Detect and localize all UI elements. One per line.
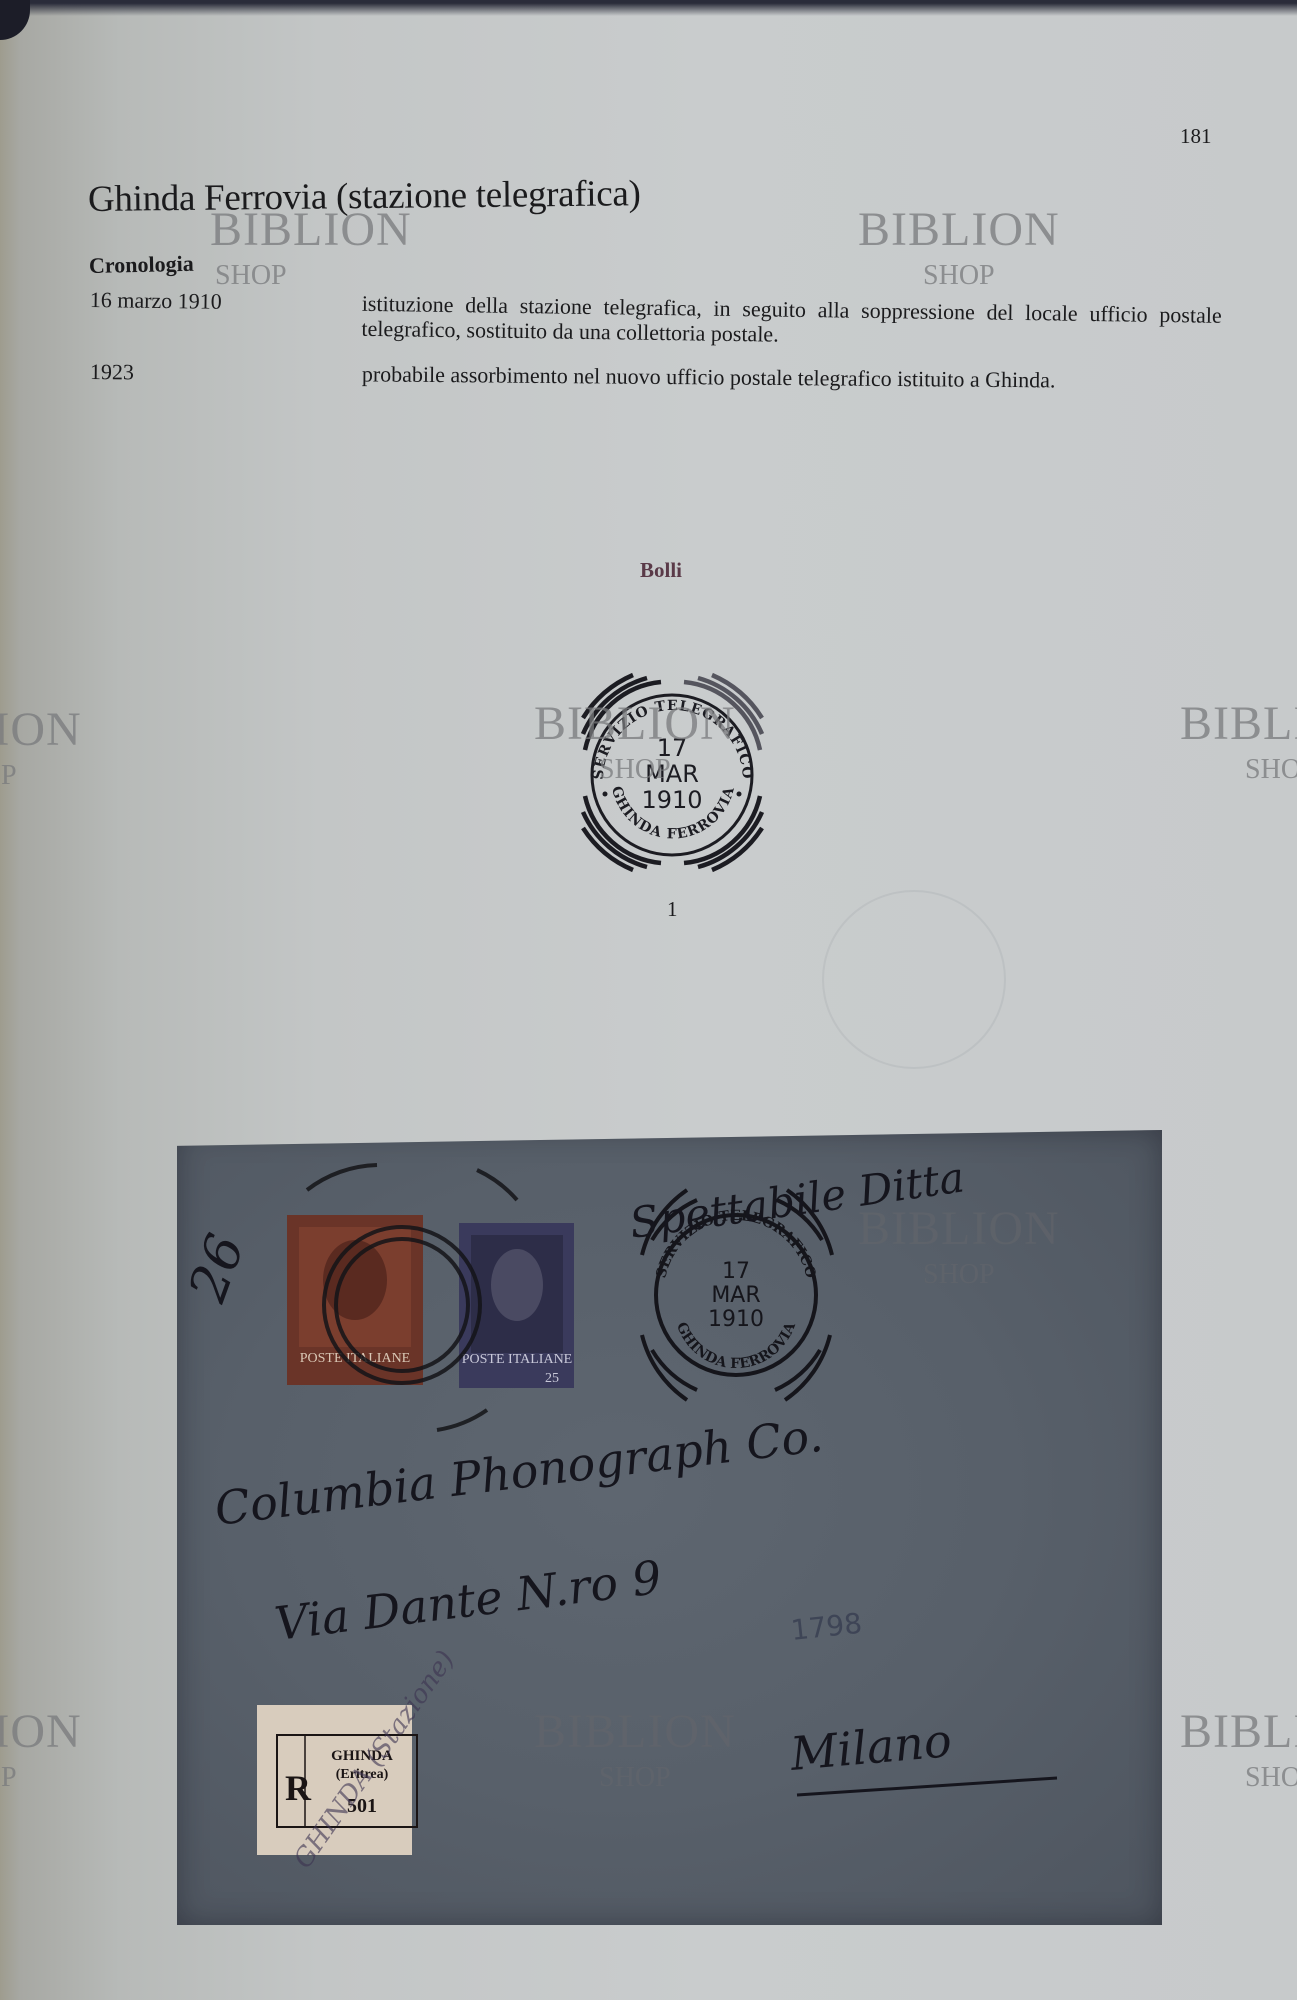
pencil-number: 1798	[789, 1607, 863, 1647]
watermark: BIBLION SHOP	[858, 1205, 1060, 1289]
registration-label: R GHINDA (Eritrea) 501 GHINDA (Stazione)	[257, 1645, 461, 1874]
stamp-blue-label: POSTE ITALIANE	[462, 1352, 572, 1367]
figure-number: 1	[667, 897, 678, 922]
address-line-4: Milano	[787, 1713, 953, 1781]
chronology-description: probabile assorbimento nel nuovo ufficio…	[362, 361, 1222, 394]
chronology-date: 16 marzo 1910	[90, 287, 222, 314]
page-number: 181	[1180, 124, 1212, 149]
watermark: BIBLION SHOP	[1180, 700, 1297, 784]
book-edge-shadow	[0, 0, 1297, 16]
show-through-postmark	[822, 890, 1006, 1069]
address-line-2: Columbia Phonograph Co.	[212, 1408, 826, 1536]
bolli-heading: Bolli	[640, 558, 682, 583]
side-number: 26	[177, 1227, 256, 1311]
watermark: BIBLION SHOP	[0, 1708, 82, 1792]
registration-letter: R	[285, 1768, 312, 1808]
stamp-blue: POSTE ITALIANE 25	[459, 1223, 574, 1388]
watermark: BIBLION SHOP	[534, 700, 736, 784]
postmark-year: 1910	[641, 786, 702, 814]
chronology-date: 1923	[90, 359, 134, 384]
chronology-entry: 1923 probabile assorbimento nel nuovo uf…	[90, 359, 1220, 369]
watermark: BIBLION SHOP	[858, 206, 1060, 290]
watermark: BIBLION SHOP	[534, 1708, 736, 1792]
envelope-postmark-year: 1910	[708, 1307, 764, 1332]
envelope-postmark-month: MAR	[711, 1283, 760, 1308]
address-line-3: Via Dante N.ro 9	[272, 1550, 665, 1651]
stamp-blue-value: 25	[545, 1371, 559, 1386]
envelope-postmark-day: 17	[722, 1259, 750, 1284]
chronology-description: istituzione della stazione telegrafica, …	[361, 291, 1222, 353]
watermark: BIBLION SHOP	[210, 206, 412, 290]
watermark: BIBLION SHOP	[1180, 1708, 1297, 1792]
watermark: BIBLION SHOP	[0, 706, 82, 790]
book-corner	[0, 0, 30, 40]
